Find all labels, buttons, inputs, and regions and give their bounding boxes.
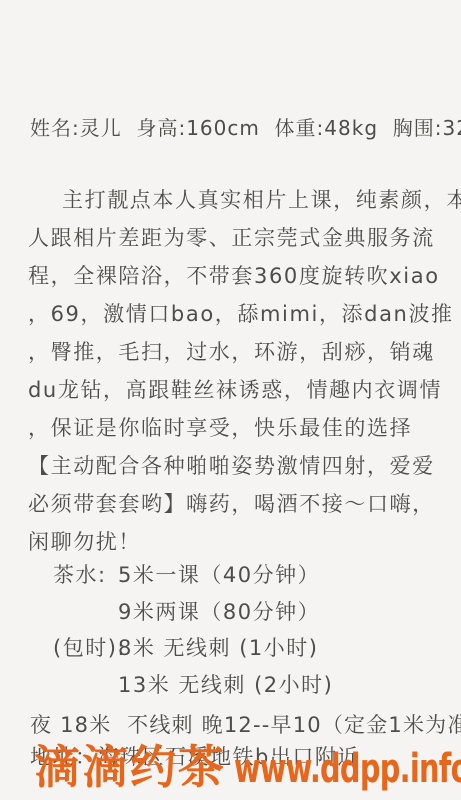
price-row-hourly: (包时): 8米 无线刺 (1小时) xyxy=(53,630,333,667)
description-line: 主打靓点本人真实相片上课，纯素颜，本 xyxy=(28,181,438,219)
price-list: 茶水: 5米一课（40分钟） 9米两课（80分钟） (包时): 8米 无线刺 (… xyxy=(53,557,333,703)
watermark-brand-text: 滴滴约茶 xyxy=(34,743,226,791)
description-line: ，保证是你临时享受，快乐最佳的选择 xyxy=(28,409,438,447)
price-label xyxy=(53,594,118,631)
description-line: 【主动配合各种啪啪姿势激情四射，爱爱 xyxy=(28,447,438,485)
profile-info-line: 姓名:灵儿 身高:160cm 体重:48kg 胸围:32D xyxy=(30,112,461,141)
description-line: du龙钻，高跟鞋丝袜诱惑，情趣内衣调情 xyxy=(28,371,438,409)
price-row-tea-double: 9米两课（80分钟） xyxy=(53,594,333,631)
price-row-tea: 茶水: 5米一课（40分钟） xyxy=(53,557,333,594)
overnight-price-line: 夜 18米 不线刺 晚12--早10（定金1米为准） xyxy=(30,709,461,739)
price-value: 13米 无线刺 (2小时) xyxy=(118,667,333,704)
description-line: ，69，激情口bao，舔mimi，添dan波推 xyxy=(28,295,438,333)
price-row-two-hour: 13米 无线刺 (2小时) xyxy=(53,667,333,704)
service-description: 主打靓点本人真实相片上课，纯素颜，本 人跟相片差距为零、正宗莞式金典服务流 程，… xyxy=(28,181,438,561)
price-value: 5米一课（40分钟） xyxy=(118,557,320,594)
description-line: 程，全裸陪浴，不带套360度旋转吹xiao xyxy=(28,257,438,295)
price-label xyxy=(53,667,118,704)
description-line: 必须带套套哟】嗨药，喝酒不接～口嗨， xyxy=(28,485,438,523)
price-label: (包时): xyxy=(53,630,118,667)
watermark: 滴滴约茶 www.ddpp.info xyxy=(34,743,461,791)
price-value: 9米两课（80分钟） xyxy=(118,594,320,631)
description-line: ，臀推，毛扫，过水，环游，刮痧，销魂 xyxy=(28,333,438,371)
watermark-url-text: www.ddpp.info xyxy=(234,747,461,791)
ad-page: { "page": { "background_color": "#f5f4f2… xyxy=(0,0,461,800)
price-label: 茶水: xyxy=(53,557,118,594)
description-line: 人跟相片差距为零、正宗莞式金典服务流 xyxy=(28,219,438,257)
description-line: 闲聊勿扰！ xyxy=(28,523,438,561)
price-value: 8米 无线刺 (1小时) xyxy=(118,630,318,667)
